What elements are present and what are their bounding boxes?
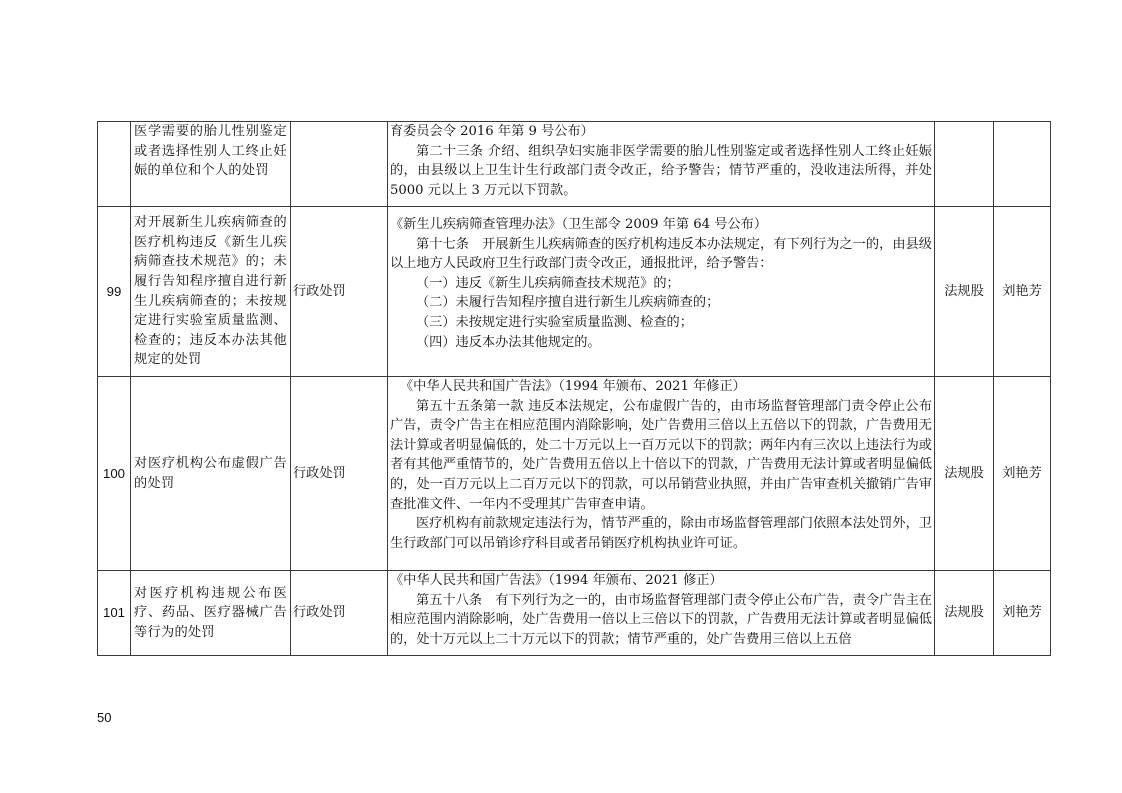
table-row: 100 对医疗机构公布虚假广告的处罚 行政处罚 《中华人民共和国广告法》（199… (98, 377, 1051, 571)
basis-paragraph: 第十七条 开展新生儿疾病筛查的医疗机构违反本办法规定，有下列行为之一的，由县级以… (390, 235, 932, 274)
row-number: 99 (98, 207, 131, 377)
basis-list-item: （一）违反《新生儿疾病筛查技术规范》的； (390, 274, 932, 294)
table-row: 99 对开展新生儿疾病筛查的医疗机构违反《新生儿疾病筛查技术规范》的；未履行告知… (98, 207, 1051, 377)
basis-paragraph: 医疗机构有前款规定违法行为，情节严重的，除由市场监督管理部门依照本法处罚外，卫生… (390, 514, 932, 553)
basis-list-item: （三）未按规定进行实验室质量监测、检查的； (390, 313, 932, 333)
basis-title: 《中华人民共和国广告法》（1994 年颁布、2021 修正） (390, 571, 932, 591)
table-row: 医学需要的胎儿性别鉴定或者选择性别人工终止妊娠的单位和个人的处罚 育委员会令 2… (98, 122, 1051, 207)
responsible-person (994, 122, 1051, 207)
row-number: 100 (98, 377, 131, 571)
table-row: 101 对医疗机构违规公布医疗、药品、医疗器械广告等行为的处罚 行政处罚 《中华… (98, 571, 1051, 656)
responsible-dept: 法规股 (935, 571, 994, 656)
legal-basis: 《中华人民共和国广告法》（1994 年颁布、2021 年修正） 第五十五条第一款… (388, 377, 935, 571)
item-name: 对开展新生儿疾病筛查的医疗机构违反《新生儿疾病筛查技术规范》的；未履行告知程序擅… (131, 207, 291, 377)
basis-list-item: （四）违反本办法其他规定的。 (390, 333, 932, 353)
legal-basis: 《中华人民共和国广告法》（1994 年颁布、2021 修正） 第五十八条 有下列… (388, 571, 935, 656)
item-name: 对医疗机构违规公布医疗、药品、医疗器械广告等行为的处罚 (131, 571, 291, 656)
basis-paragraph: 第五十八条 有下列行为之一的，由市场监督管理部门责令停止公布广告，责令广告主在相… (390, 591, 932, 650)
page-number: 50 (97, 710, 111, 725)
responsible-dept (935, 122, 994, 207)
row-number (98, 122, 131, 207)
responsible-dept: 法规股 (935, 377, 994, 571)
item-type: 行政处罚 (291, 377, 388, 571)
row-number: 101 (98, 571, 131, 656)
basis-paragraph: 第五十五条第一款 违反本法规定，公布虚假广告的，由市场监督管理部门责令停止公布广… (390, 397, 932, 515)
item-type (291, 122, 388, 207)
basis-title: 《新生儿疾病筛查管理办法》（卫生部令 2009 年第 64 号公布） (390, 215, 932, 235)
responsible-person: 刘艳芳 (994, 207, 1051, 377)
item-type: 行政处罚 (291, 571, 388, 656)
responsible-dept: 法规股 (935, 207, 994, 377)
penalty-list-table: 医学需要的胎儿性别鉴定或者选择性别人工终止妊娠的单位和个人的处罚 育委员会令 2… (97, 121, 1051, 656)
legal-basis: 育委员会令 2016 年第 9 号公布） 第二十三条 介绍、组织孕妇实施非医学需… (388, 122, 935, 207)
responsible-person: 刘艳芳 (994, 571, 1051, 656)
legal-basis: 《新生儿疾病筛查管理办法》（卫生部令 2009 年第 64 号公布） 第十七条 … (388, 207, 935, 377)
basis-title: 《中华人民共和国广告法》（1994 年颁布、2021 年修正） (390, 377, 932, 397)
item-name: 对医疗机构公布虚假广告的处罚 (131, 377, 291, 571)
responsible-person: 刘艳芳 (994, 377, 1051, 571)
item-type: 行政处罚 (291, 207, 388, 377)
basis-title: 育委员会令 2016 年第 9 号公布） (390, 122, 932, 142)
basis-list-item: （二）未履行告知程序擅自进行新生儿疾病筛查的； (390, 293, 932, 313)
document-page: 医学需要的胎儿性别鉴定或者选择性别人工终止妊娠的单位和个人的处罚 育委员会令 2… (0, 0, 1122, 793)
basis-paragraph: 第二十三条 介绍、组织孕妇实施非医学需要的胎儿性别鉴定或者选择性别人工终止妊娠的… (390, 142, 932, 201)
item-name: 医学需要的胎儿性别鉴定或者选择性别人工终止妊娠的单位和个人的处罚 (131, 122, 291, 207)
